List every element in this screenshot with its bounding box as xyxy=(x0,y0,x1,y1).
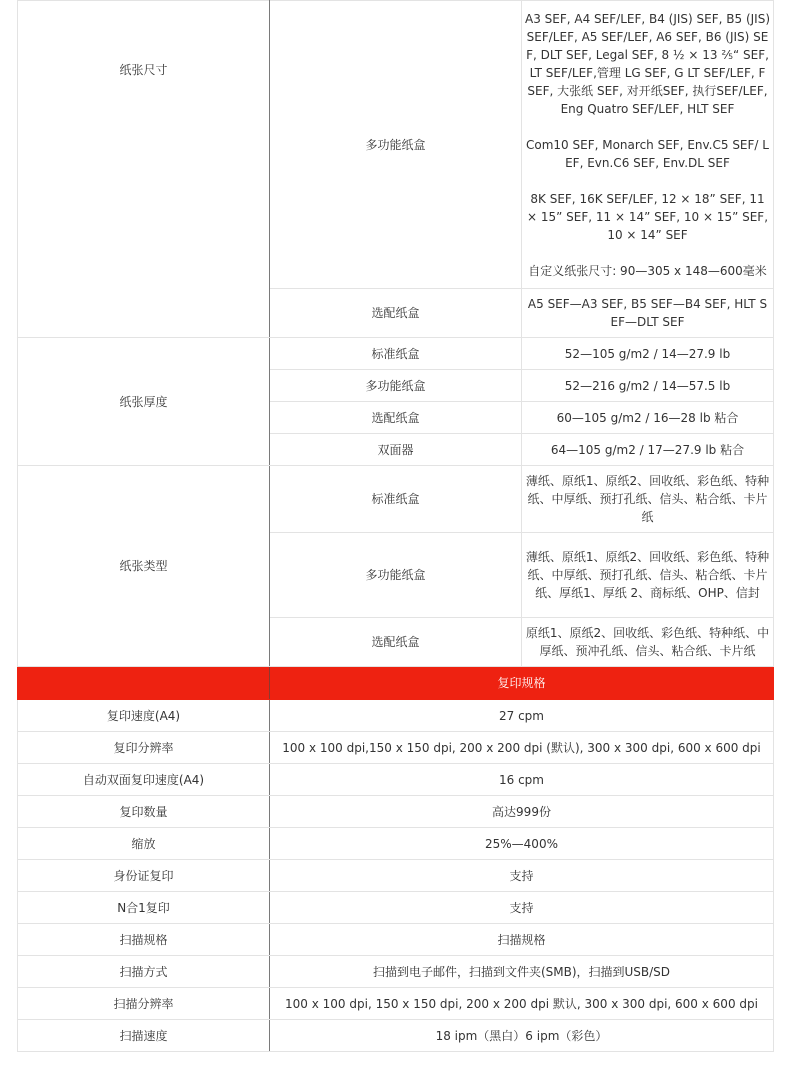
spec-label: 复印速度(A4) xyxy=(18,700,270,732)
paper-type-value: 原纸1、原纸2、回收纸、彩色纸、特种纸、中厚纸、预冲孔纸、信头、粘合纸、卡片纸 xyxy=(522,618,774,667)
spec-label: 复印数量 xyxy=(18,796,270,828)
paper-size-value-optional-tray: A5 SEF—A3 SEF, B5 SEF—B4 SEF, HLT SEF—DL… xyxy=(522,289,774,338)
spec-value: 27 cpm xyxy=(270,700,774,732)
copy-spec-row: 复印数量 高达999份 xyxy=(18,796,774,828)
paper-weight-value: 64—105 g/m2 / 17—27.9 lb 粘合 xyxy=(522,434,774,466)
copy-spec-row: 自动双面复印速度(A4) 16 cpm xyxy=(18,764,774,796)
spec-label: 扫描规格 xyxy=(18,924,270,956)
copy-spec-row: 缩放 25%—400% xyxy=(18,828,774,860)
paper-weight-label: 纸张厚度 xyxy=(18,338,270,466)
spec-value: 支持 xyxy=(270,892,774,924)
copy-spec-row: N合1复印 支持 xyxy=(18,892,774,924)
copy-spec-row: 扫描分辨率 100 x 100 dpi, 150 x 150 dpi, 200 … xyxy=(18,988,774,1020)
paper-weight-source: 标准纸盒 xyxy=(270,338,522,370)
spec-label: 扫描速度 xyxy=(18,1020,270,1052)
standard-sizes: A3 SEF, A4 SEF/LEF, B4 (JIS) SEF, B5 (JI… xyxy=(525,12,770,116)
copy-spec-row: 扫描规格 扫描规格 xyxy=(18,924,774,956)
copy-spec-row: 复印速度(A4) 27 cpm xyxy=(18,700,774,732)
paper-type-value: 薄纸、原纸1、原纸2、回收纸、彩色纸、特种纸、中厚纸、预打孔纸、信头、粘合纸、卡… xyxy=(522,466,774,533)
paper-type-source: 标准纸盒 xyxy=(270,466,522,533)
paper-weight-value: 52—216 g/m2 / 14—57.5 lb xyxy=(522,370,774,402)
custom-size: 自定义纸张尺寸: 90—305 x 148—600毫米 xyxy=(528,264,767,278)
spec-label: 自动双面复印速度(A4) xyxy=(18,764,270,796)
copy-spec-row: 扫描方式 扫描到电子邮件，扫描到文件夹(SMB)，扫描到USB/SD xyxy=(18,956,774,988)
section-header-blank xyxy=(18,667,270,700)
spec-value: 高达999份 xyxy=(270,796,774,828)
spec-value: 100 x 100 dpi, 150 x 150 dpi, 200 x 200 … xyxy=(270,988,774,1020)
spec-label: 身份证复印 xyxy=(18,860,270,892)
paper-size-value-multi-tray: A3 SEF, A4 SEF/LEF, B4 (JIS) SEF, B5 (JI… xyxy=(522,1,774,289)
paper-weight-source: 多功能纸盒 xyxy=(270,370,522,402)
envelope-sizes: Com10 SEF, Monarch SEF, Env.C5 SEF/ LEF,… xyxy=(526,138,769,170)
spec-label: 扫描方式 xyxy=(18,956,270,988)
spec-label: 缩放 xyxy=(18,828,270,860)
paper-weight-row: 纸张厚度 标准纸盒 52—105 g/m2 / 14—27.9 lb xyxy=(18,338,774,370)
paper-type-row: 纸张类型 标准纸盒 薄纸、原纸1、原纸2、回收纸、彩色纸、特种纸、中厚纸、预打孔… xyxy=(18,466,774,533)
spec-value: 18 ipm（黑白）6 ipm（彩色） xyxy=(270,1020,774,1052)
paper-size-source-multi-tray: 多功能纸盒 xyxy=(270,1,522,289)
paper-weight-source: 选配纸盒 xyxy=(270,402,522,434)
paper-weight-value: 52—105 g/m2 / 14—27.9 lb xyxy=(522,338,774,370)
paper-weight-source: 双面器 xyxy=(270,434,522,466)
copy-spec-row: 身份证复印 支持 xyxy=(18,860,774,892)
copy-spec-row: 扫描速度 18 ipm（黑白）6 ipm（彩色） xyxy=(18,1020,774,1052)
spec-value: 16 cpm xyxy=(270,764,774,796)
paper-type-label: 纸张类型 xyxy=(18,466,270,667)
spec-label: 复印分辨率 xyxy=(18,732,270,764)
spec-label: N合1复印 xyxy=(18,892,270,924)
paper-weight-value: 60—105 g/m2 / 16—28 lb 粘合 xyxy=(522,402,774,434)
spec-value: 扫描规格 xyxy=(270,924,774,956)
section-title: 复印规格 xyxy=(270,667,774,700)
spec-value: 扫描到电子邮件，扫描到文件夹(SMB)，扫描到USB/SD xyxy=(270,956,774,988)
paper-size-label: 纸张尺寸 xyxy=(18,1,270,338)
other-sizes: 8K SEF, 16K SEF/LEF, 12 × 18” SEF, 11 × … xyxy=(527,192,768,242)
spec-label: 扫描分辨率 xyxy=(18,988,270,1020)
copy-spec-section-header: 复印规格 xyxy=(18,667,774,700)
paper-type-source: 选配纸盒 xyxy=(270,618,522,667)
paper-type-source: 多功能纸盒 xyxy=(270,533,522,618)
spec-value: 100 x 100 dpi,150 x 150 dpi, 200 x 200 d… xyxy=(270,732,774,764)
paper-type-value: 薄纸、原纸1、原纸2、回收纸、彩色纸、特种纸、中厚纸、预打孔纸、信头、粘合纸、卡… xyxy=(522,533,774,618)
spec-value: 25%—400% xyxy=(270,828,774,860)
paper-size-row-multi-tray: 纸张尺寸 多功能纸盒 A3 SEF, A4 SEF/LEF, B4 (JIS) … xyxy=(18,1,774,289)
paper-size-source-optional-tray: 选配纸盒 xyxy=(270,289,522,338)
spec-value: 支持 xyxy=(270,860,774,892)
spec-table: 纸张尺寸 多功能纸盒 A3 SEF, A4 SEF/LEF, B4 (JIS) … xyxy=(17,0,774,1052)
copy-spec-row: 复印分辨率 100 x 100 dpi,150 x 150 dpi, 200 x… xyxy=(18,732,774,764)
